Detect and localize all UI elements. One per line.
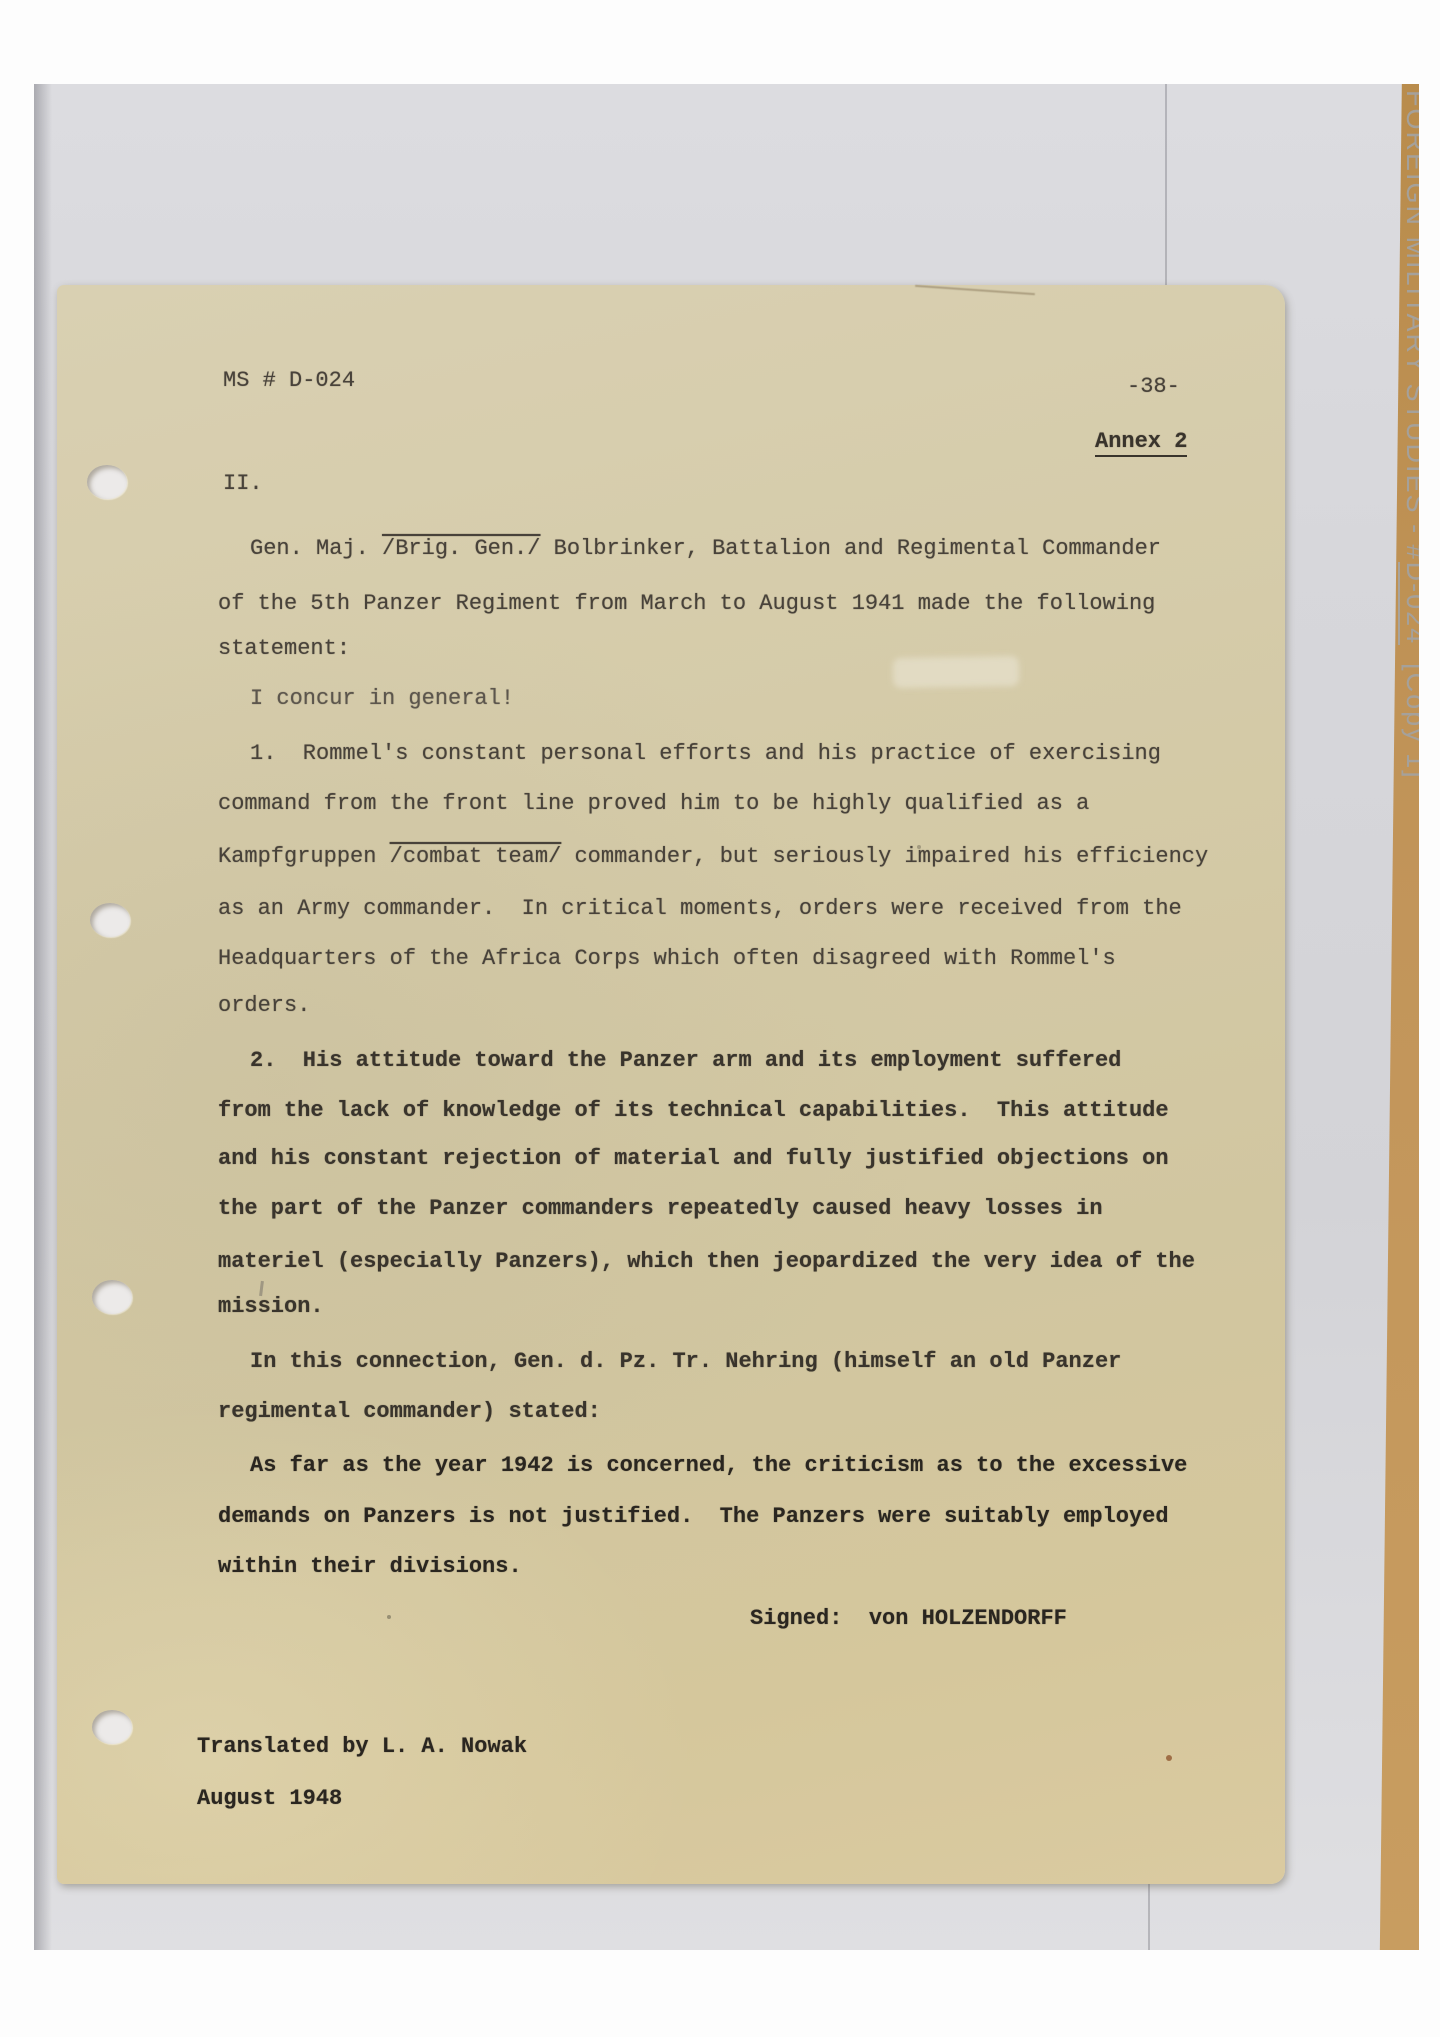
backing-sheet-crease (1148, 1884, 1150, 1950)
signature-line: Signed: von HOLZENDORFF (750, 1607, 1067, 1631)
page-number: -38- (1127, 375, 1180, 399)
bracketed-translation: /Brig. Gen./ (382, 536, 540, 561)
backing-sheet-crease (1165, 84, 1167, 287)
margin-note-text: FOREIGN MILITARY STUDIES - #D-024[Copy 1… (1397, 90, 1419, 850)
margin-note-copy-label: [Copy 1] (1401, 663, 1419, 780)
typed-text: within their divisions. (218, 1554, 522, 1579)
punch-hole (90, 903, 130, 937)
typed-text: the part of the Panzer commanders repeat… (218, 1196, 1103, 1221)
typed-line: Gen. Maj. /Brig. Gen./ Bolbrinker, Batta… (250, 537, 1161, 561)
typed-text: 2. His attitude toward the Panzer arm an… (250, 1048, 1121, 1073)
typed-line: orders. (218, 994, 310, 1018)
typed-text: materiel (especially Panzers), which the… (218, 1249, 1195, 1274)
handwritten-margin-note: FOREIGN MILITARY STUDIES - #D-024[Copy 1… (1397, 90, 1419, 850)
backing-sheet-edge-shadow (34, 84, 52, 1950)
typed-text: statement: (218, 636, 350, 661)
punch-hole (92, 1710, 132, 1744)
typed-text: of the 5th Panzer Regiment from March to… (218, 591, 1155, 616)
typed-line: of the 5th Panzer Regiment from March to… (218, 592, 1155, 616)
typed-line: materiel (especially Panzers), which the… (218, 1250, 1195, 1274)
paper-scratch (915, 285, 1035, 295)
typed-text: In this connection, Gen. d. Pz. Tr. Nehr… (250, 1349, 1121, 1374)
correction-smudge (893, 656, 1020, 688)
typed-text: I concur in general! (250, 686, 514, 711)
typed-text: regimental commander) stated: (218, 1399, 601, 1424)
typed-text: Kampfgruppen (218, 844, 390, 869)
punch-hole (92, 1280, 132, 1314)
typed-text: demands on Panzers is not justified. The… (218, 1504, 1169, 1529)
photograph-of-document: FOREIGN MILITARY STUDIES - #D-024[Copy 1… (34, 84, 1419, 1950)
typed-line: within their divisions. (218, 1555, 522, 1579)
typed-line: 2. His attitude toward the Panzer arm an… (250, 1049, 1121, 1073)
section-label: II. (223, 472, 263, 496)
typed-text: Headquarters of the Africa Corps which o… (218, 946, 1116, 971)
typed-text: mission. (218, 1294, 324, 1319)
bracketed-translation: /combat team/ (390, 844, 562, 869)
typed-text: As far as the year 1942 is concerned, th… (250, 1453, 1187, 1478)
ms-number: MS # D-024 (223, 369, 355, 393)
typed-text: Gen. Maj. (250, 536, 382, 561)
typed-line: the part of the Panzer commanders repeat… (218, 1197, 1103, 1221)
margin-note-ms-number: D-024 (1398, 562, 1419, 646)
typed-text: 1. Rommel's constant personal efforts an… (250, 741, 1161, 766)
typed-text: orders. (218, 993, 310, 1018)
typed-line: In this connection, Gen. d. Pz. Tr. Nehr… (250, 1350, 1121, 1374)
typed-line: demands on Panzers is not justified. The… (218, 1505, 1169, 1529)
typed-line: as an Army commander. In critical moment… (218, 897, 1182, 921)
typewritten-page: MS # D-024 -38- Annex 2 II. Gen. Maj. /B… (57, 285, 1285, 1884)
annex-label: Annex 2 (1095, 429, 1187, 457)
typed-line: regimental commander) stated: (218, 1400, 601, 1424)
typed-text: commander, but seriously impaired his ef… (561, 844, 1208, 869)
typed-line: I concur in general! (250, 687, 514, 711)
screenshot: FOREIGN MILITARY STUDIES - #D-024[Copy 1… (0, 0, 1440, 2037)
translation-date: August 1948 (197, 1787, 342, 1811)
typed-line: statement: (218, 637, 350, 661)
paper-speck (1166, 1755, 1172, 1761)
annex-heading: Annex 2 (1095, 430, 1187, 454)
punch-hole (87, 465, 127, 499)
typed-text: from the lack of knowledge of its techni… (218, 1098, 1169, 1123)
translator-credit: Translated by L. A. Nowak (197, 1735, 527, 1759)
typed-line: and his constant rejection of material a… (218, 1147, 1169, 1171)
typed-line: Kampfgruppen /combat team/ commander, bu… (218, 845, 1208, 869)
margin-note-prefix: FOREIGN MILITARY STUDIES - # (1401, 90, 1419, 562)
typed-line: from the lack of knowledge of its techni… (218, 1099, 1169, 1123)
typed-line: mission. (218, 1295, 324, 1319)
typed-text: as an Army commander. In critical moment… (218, 896, 1182, 921)
typed-text: and his constant rejection of material a… (218, 1146, 1169, 1171)
paper-speck (387, 1615, 391, 1619)
typed-text: command from the front line proved him t… (218, 791, 1089, 816)
typed-line: command from the front line proved him t… (218, 792, 1089, 816)
typed-line: 1. Rommel's constant personal efforts an… (250, 742, 1161, 766)
typed-line: As far as the year 1942 is concerned, th… (250, 1454, 1187, 1478)
typed-line: Headquarters of the Africa Corps which o… (218, 947, 1116, 971)
typed-text: Bolbrinker, Battalion and Regimental Com… (540, 536, 1161, 561)
